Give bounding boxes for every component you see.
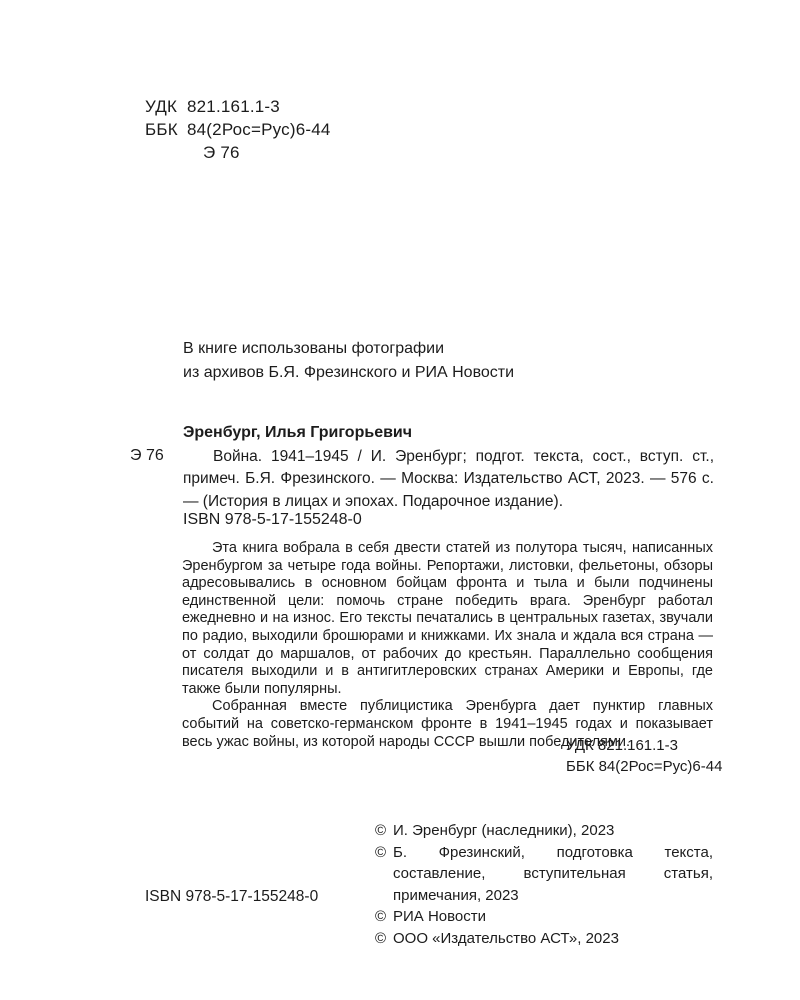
bbk-label: ББК [145, 118, 187, 141]
annotation: Эта книга вобрала в себя двести статей и… [182, 540, 713, 751]
catalog-card-author-sign: Э 76 [130, 447, 164, 465]
catalog-card-author: Эренбург, Илья Григорьевич [183, 424, 412, 442]
copyright-icon: © [375, 820, 386, 842]
bbk-bottom: ББК 84(2Рос=Рус)6-44 [566, 757, 722, 778]
book-imprint-page: УДК 821.161.1-3 ББК 84(2Рос=Рус)6-44 Э 7… [0, 0, 800, 1000]
udk-value: 821.161.1-3 [187, 95, 280, 118]
author-sign-spacer [145, 141, 187, 164]
udk-label: УДК [145, 95, 187, 118]
copyright-item-ria: © РИА Новости [375, 906, 713, 928]
author-sign-row: Э 76 [145, 141, 331, 164]
catalog-card-isbn: ISBN 978-5-17-155248-0 [183, 511, 362, 529]
copyright-icon: © [375, 906, 386, 928]
bbk-value: 84(2Рос=Рус)6-44 [187, 118, 331, 141]
author-sign-top: Э 76 [187, 141, 240, 164]
copyright-icon: © [375, 928, 386, 950]
copyright-text: И. Эренбург (наследники), 2023 [393, 820, 713, 842]
copyright-text: ООО «Издательство АСТ», 2023 [393, 928, 713, 950]
udk-bottom: УДК 821.161.1-3 [566, 736, 722, 757]
copyright-icon: © [375, 842, 386, 864]
annotation-paragraph-1: Эта книга вобрала в себя двести статей и… [182, 540, 713, 698]
photo-credit-line1: В книге использованы фотографии [183, 337, 514, 361]
copyright-item-compiler: © Б. Фрезинский, подготовка текста, сост… [375, 842, 713, 907]
classification-codes-top: УДК 821.161.1-3 ББК 84(2Рос=Рус)6-44 Э 7… [145, 95, 331, 164]
copyright-text: РИА Новости [393, 906, 713, 928]
isbn-bottom: ISBN 978-5-17-155248-0 [145, 888, 318, 906]
photo-credit: В книге использованы фотографии из архив… [183, 337, 514, 384]
copyright-block: © И. Эренбург (наследники), 2023 © Б. Фр… [375, 820, 713, 949]
classification-codes-bottom: УДК 821.161.1-3 ББК 84(2Рос=Рус)6-44 [566, 736, 722, 777]
catalog-card-description: Война. 1941–1945 / И. Эренбург; подгот. … [183, 446, 714, 513]
copyright-item-publisher: © ООО «Издательство АСТ», 2023 [375, 928, 713, 950]
udk-row: УДК 821.161.1-3 [145, 95, 331, 118]
bbk-row: ББК 84(2Рос=Рус)6-44 [145, 118, 331, 141]
photo-credit-line2: из архивов Б.Я. Фрезинского и РИА Новост… [183, 361, 514, 385]
copyright-item-author: © И. Эренбург (наследники), 2023 [375, 820, 713, 842]
copyright-text: Б. Фрезинский, подготовка текста, состав… [393, 842, 713, 907]
